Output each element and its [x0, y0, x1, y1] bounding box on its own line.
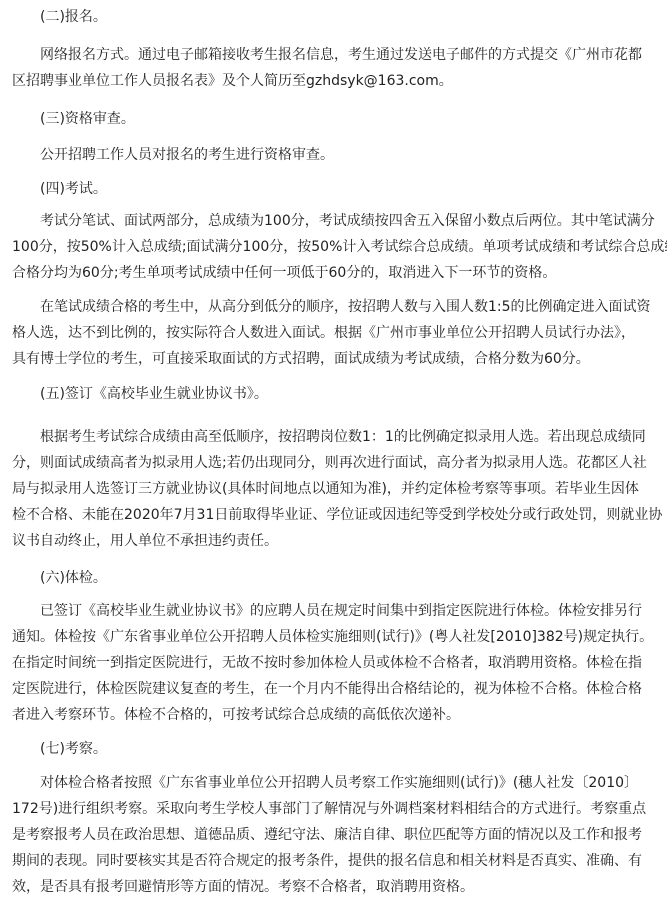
section-heading-agreement: (五)签订《高校毕业生就业协议书》。	[40, 385, 268, 403]
paragraph-line: 在指定时间统一到指定医院进行，无故不按时参加体检人员或体检不合格者，取消聘用资格…	[12, 654, 642, 672]
paragraph-line: 网络报名方式。通过电子邮箱接收考生报名信息，考生通过发送电子邮件的方式提交《广州…	[40, 46, 642, 64]
paragraph-line: 是考察报考人员在政治思想、道德品质、遵纪守法、廉洁自律、职位匹配等方面的情况以及…	[12, 826, 642, 844]
paragraph-line: 通知。体检按《广东省事业单位公开招聘人员体检实施细则(试行)》(粤人社发[201…	[12, 628, 653, 646]
paragraph-line: 区招聘事业单位工作人员报名表》及个人简历至gzhdsyk@163.com。	[12, 72, 453, 90]
paragraph-line: 已签订《高校毕业生就业协议书》的应聘人员在规定时间集中到指定医院进行体检。体检安…	[40, 602, 642, 620]
paragraph-line: 议书自动终止，用人单位不承担违约责任。	[12, 532, 278, 550]
paragraph-line: 格人选，达不到比例的，按实际符合人数进入面试。根据《广州市事业单位公开招聘人员试…	[12, 324, 635, 342]
section-heading-registration: (二)报名。	[40, 8, 107, 26]
paragraph-line: 检不合格、未能在2020年7月31日前取得毕业证、学位证或因违纪等受到学校处分或…	[12, 506, 662, 524]
paragraph-line: 根据考生考试综合成绩由高至低顺序，按招聘岗位数1：1的比例确定拟录用人选。若出现…	[40, 428, 646, 446]
section-heading-qualification: (三)资格审查。	[40, 110, 135, 128]
paragraph-line: 在笔试成绩合格的考生中，从高分到低分的顺序，按招聘人数与入围人数1:5的比例确定…	[40, 298, 651, 316]
paragraph-line: 具有博士学位的考生，可直接采取面试的方式招聘，面试成绩为考试成绩，合格分数为60…	[12, 350, 590, 368]
paragraph-line: 对体检合格者按照《广东省事业单位公开招聘人员考察工作实施细则(试行)》(穗人社发…	[40, 774, 638, 792]
paragraph-line: 172号)进行组织考察。采取向考生学校人事部门了解情况与外调档案材料相结合的方式…	[12, 800, 646, 818]
paragraph-line: 者进入考察环节。体检不合格的，可按考试综合总成绩的高低依次递补。	[12, 706, 460, 724]
paragraph-line: 效，是否具有报考回避情形等方面的情况。考察不合格者，取消聘用资格。	[12, 878, 474, 896]
paragraph-line: 期间的表现。同时要核实其是否符合规定的报考条件，提供的报名信息和相关材料是否真实…	[12, 852, 642, 870]
paragraph-line: 考试分笔试、面试两部分，总成绩为100分，考试成绩按四舍五入保留小数点后两位。其…	[40, 212, 655, 230]
paragraph-line: 100分，按50%计入总成绩;面试满分100分，按50%计入考试综合总成绩。单项…	[12, 238, 667, 256]
paragraph-line: 定医院进行，体检医院建议复查的考生，在一个月内不能得出合格结论的，视为体检不合格…	[12, 680, 642, 698]
paragraph-line: 分，则面试成绩高者为拟录用人选;若仍出现同分，则再次进行面试，高分者为拟录用人选…	[12, 454, 647, 472]
paragraph-line: 合格分均为60分;考生单项考试成绩中任何一项低于60分的，取消进入下一环节的资格…	[12, 264, 556, 282]
section-heading-inspection: (七)考察。	[40, 740, 107, 758]
paragraph-line: 公开招聘工作人员对报名的考生进行资格审查。	[40, 146, 334, 164]
section-heading-medical-exam: (六)体检。	[40, 569, 107, 587]
section-heading-exam: (四)考试。	[40, 180, 107, 198]
paragraph-line: 局与拟录用人选签订三方就业协议(具体时间地点以通知为准)，并约定体检考察等事项。…	[12, 480, 639, 498]
